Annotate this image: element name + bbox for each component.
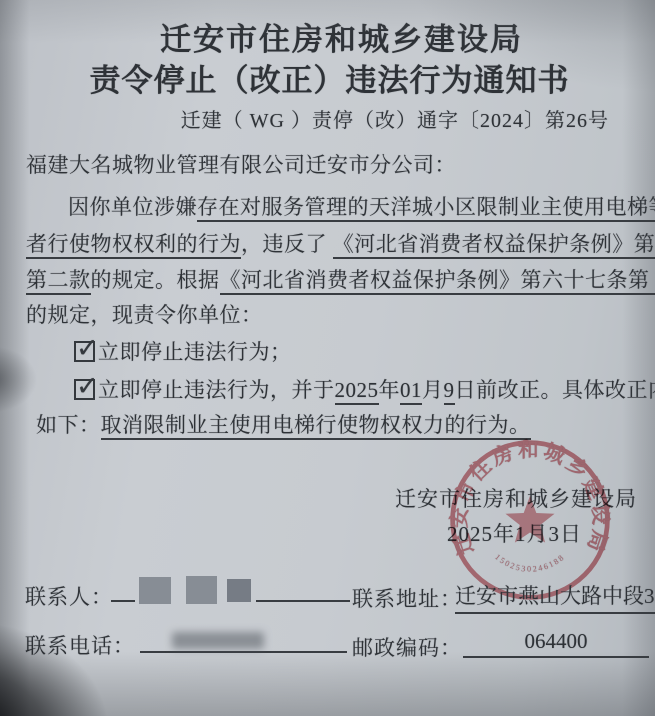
seal-serial-number: 1502530246188 <box>493 552 566 573</box>
checkbox-checked-icon <box>74 341 95 362</box>
contact-address-value: 迁安市燕山大路中段3366号 <box>455 580 655 614</box>
postal-code-label: 邮政编码： <box>352 632 462 662</box>
order-item-1-label: 立即停止违法行为； <box>98 340 292 364</box>
paragraph-line-3: 第二款的规定。根据《河北省消费者权益保护条例》第六十七条第（二）项 <box>26 264 655 294</box>
deadline-day-fill: 9 <box>444 378 455 405</box>
document-number: 迁建（ WG ）责停（改）通字〔2024〕第26号 <box>181 104 609 133</box>
postal-code-value: 064400 <box>463 629 649 658</box>
document-title-line1: 迁安市住房和城乡建设局 <box>0 14 655 59</box>
continuation-lead: 如下： <box>36 413 101 437</box>
document-photo: 迁安市住房和城乡建设局 责令停止（改正）违法行为通知书 迁建（ WG ）责停（改… <box>0 0 655 716</box>
checkbox-checked-icon <box>74 379 95 400</box>
signature-date: 2025年1月3日 <box>447 518 582 548</box>
document-title-line2: 责令停止（改正）违法行为通知书 <box>0 55 655 100</box>
order-intro-text: 的规定，现责令你单位： <box>26 303 263 327</box>
paragraph-lead: 因你单位涉嫌 <box>68 195 197 219</box>
paragraph-connector: ，违反了 <box>241 232 333 256</box>
order-item-2-tail: 日前改正。具体改正内容及要求 <box>455 378 655 402</box>
redaction-block <box>227 579 251 602</box>
addressee: 福建大名城物业管理有限公司迁安市分公司： <box>26 149 456 179</box>
correction-content-fill: 取消限制业主使用电梯行使物权权力的行为。 <box>101 413 531 440</box>
paragraph-line-1: 因你单位涉嫌存在对服务管理的天洋城小区限制业主使用电梯等消费 <box>26 191 655 221</box>
contact-phone-blank-line <box>140 651 347 653</box>
violation-fill-text: 存在对服务管理的天洋城小区限制业主使用电梯等消费 <box>197 195 655 222</box>
paragraph-line-4: 的规定，现责令你单位： <box>26 299 263 329</box>
month-unit: 月 <box>422 378 444 402</box>
svg-text:1502530246188: 1502530246188 <box>493 552 566 573</box>
redaction-block <box>139 577 171 604</box>
signature-organization: 迁安市住房和城乡建设局 <box>395 483 637 513</box>
contact-address-label: 联系地址： <box>352 583 462 613</box>
deadline-month-fill: 01 <box>400 378 422 405</box>
order-item-2: 立即停止违法行为，并于2025年01月9日前改正。具体改正内容及要求 <box>74 374 655 404</box>
violation-fill-text-cont: 者行使物权权利的行为 <box>26 232 241 259</box>
paragraph-connector-2: 的规定。根据 <box>91 268 220 292</box>
order-item-2-continuation: 如下：取消限制业主使用电梯行使物权权力的行为。 <box>36 409 531 439</box>
deadline-year-fill: 2025 <box>335 378 379 405</box>
redaction-block <box>186 576 217 604</box>
contact-person-label: 联系人： <box>25 581 113 611</box>
contact-person-blank-line <box>256 600 350 602</box>
contact-phone-label: 联系电话： <box>25 630 135 660</box>
regulation-clause-fill: 第二款 <box>26 268 91 295</box>
paragraph-line-2: 者行使物权权利的行为，违反了 《河北省消费者权益保护条例》第三十二条 <box>26 228 655 258</box>
regulation-fill-text: 《河北省消费者权益保护条例》第三十二条 <box>333 232 655 259</box>
order-item-2-lead: 立即停止违法行为，并于 <box>98 378 335 402</box>
year-unit: 年 <box>379 378 401 402</box>
contact-person-blank-line <box>111 600 135 602</box>
phone-number-blurred <box>172 632 264 649</box>
penalty-regulation-fill: 《河北省消费者权益保护条例》第六十七条第（二）项 <box>220 268 655 295</box>
order-item-1: 立即停止违法行为； <box>74 336 292 366</box>
